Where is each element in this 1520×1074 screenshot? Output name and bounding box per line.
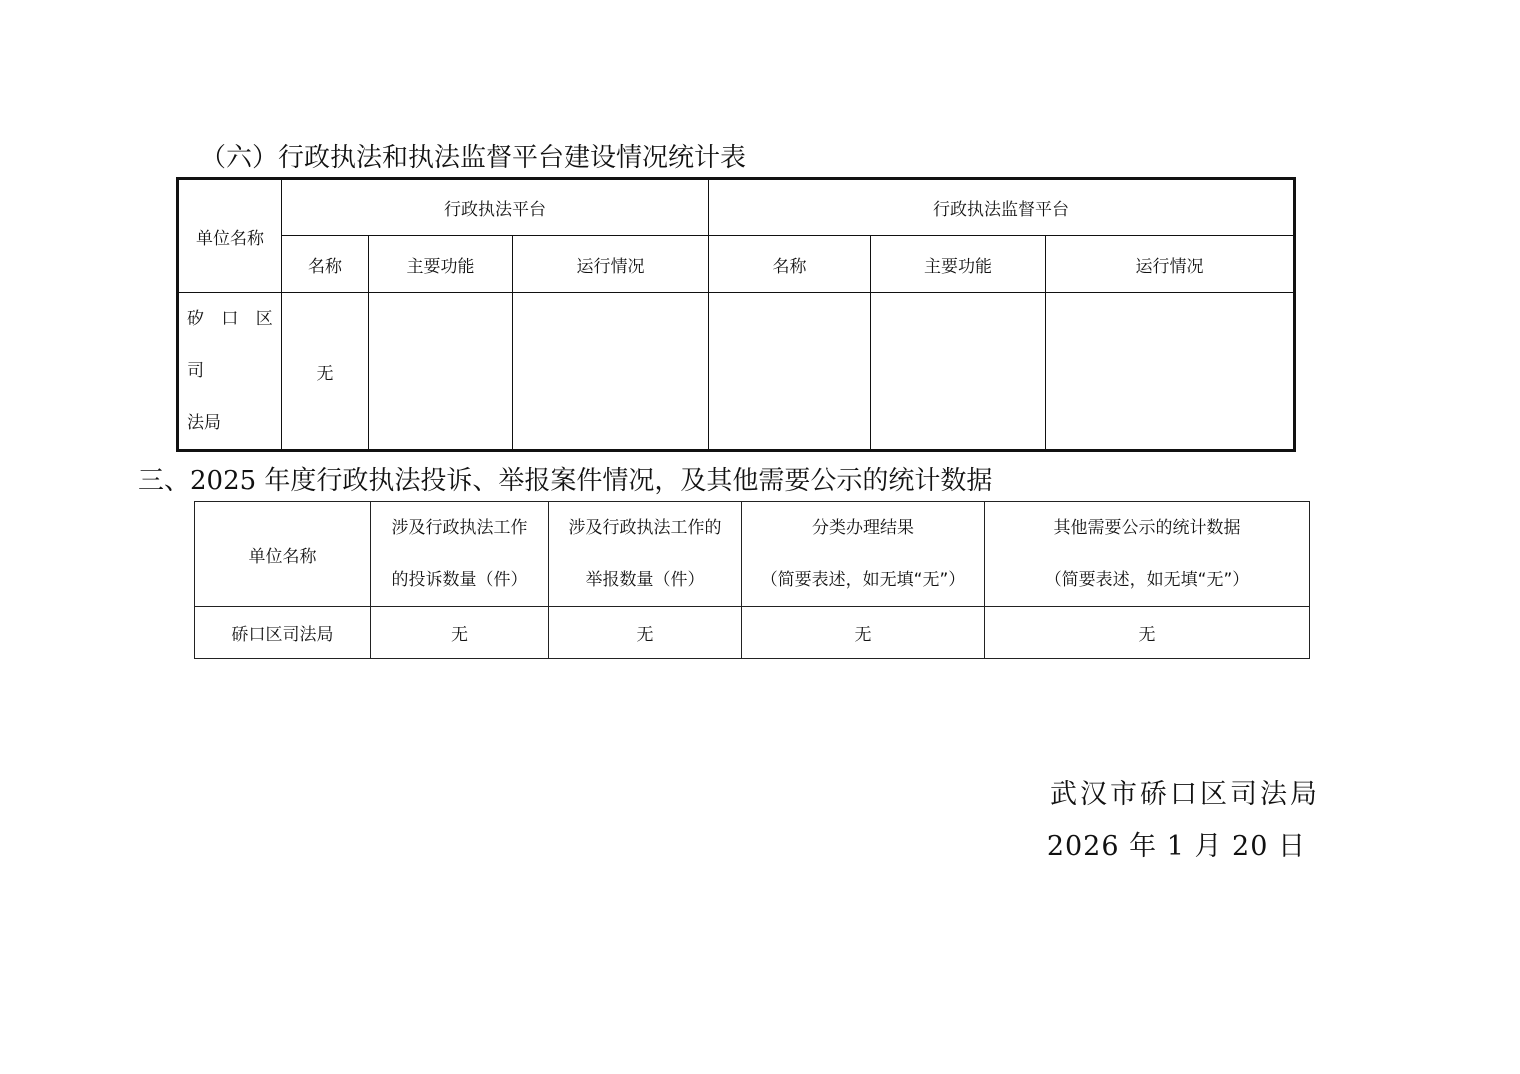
col-header-name: 名称 bbox=[282, 236, 369, 293]
col-header-status: 运行情况 bbox=[1046, 236, 1295, 293]
platform-construction-table: 单位名称 行政执法平台 行政执法监督平台 名称 主要功能 运行情况 名称 主要功… bbox=[176, 177, 1296, 452]
signature-date: 2026 年 1 月 20 日 bbox=[1047, 824, 1306, 863]
handling-result-cell: 无 bbox=[742, 607, 985, 659]
handling-result-header: 分类办理结果 （简要表述，如无填“无”） bbox=[742, 502, 985, 607]
unit-name-cell: 矽 口 区 司 法局 bbox=[178, 293, 282, 451]
other-statistics-cell: 无 bbox=[985, 607, 1310, 659]
section-three-title: 三、2025 年度行政执法投诉、举报案件情况，及其他需要公示的统计数据 bbox=[138, 465, 992, 497]
supervision-name-cell bbox=[709, 293, 871, 451]
reports-count-cell: 无 bbox=[549, 607, 742, 659]
reports-count-header: 涉及行政执法工作的 举报数量（件） bbox=[549, 502, 742, 607]
platform-name-cell: 无 bbox=[282, 293, 369, 451]
section-six-title: （六）行政执法和执法监督平台建设情况统计表 bbox=[200, 142, 746, 174]
table-row: 硚口区司法局 无 无 无 无 bbox=[195, 607, 1310, 659]
col-header-function: 主要功能 bbox=[871, 236, 1046, 293]
header-line1: 分类办理结果 bbox=[742, 502, 984, 554]
col-header-function: 主要功能 bbox=[369, 236, 513, 293]
unit-name-line1: 矽 口 区 司 bbox=[187, 293, 281, 397]
enforcement-platform-header: 行政执法平台 bbox=[282, 179, 709, 236]
col-header-name: 名称 bbox=[709, 236, 871, 293]
col-header-status: 运行情况 bbox=[513, 236, 709, 293]
header-line1: 其他需要公示的统计数据 bbox=[985, 502, 1309, 554]
unit-name-header: 单位名称 bbox=[178, 179, 282, 293]
header-line1: 涉及行政执法工作 bbox=[371, 502, 548, 554]
unit-name-line2: 法局 bbox=[187, 397, 281, 449]
header-line2: 举报数量（件） bbox=[549, 554, 741, 606]
header-line2: （简要表述，如无填“无”） bbox=[742, 554, 984, 606]
table-row: 矽 口 区 司 法局 无 bbox=[178, 293, 1295, 451]
complaints-count-header: 涉及行政执法工作 的投诉数量（件） bbox=[371, 502, 549, 607]
supervision-status-cell bbox=[1046, 293, 1295, 451]
platform-status-cell bbox=[513, 293, 709, 451]
unit-name-header: 单位名称 bbox=[195, 502, 371, 607]
header-line1: 涉及行政执法工作的 bbox=[549, 502, 741, 554]
platform-function-cell bbox=[369, 293, 513, 451]
supervision-function-cell bbox=[871, 293, 1046, 451]
unit-name-cell: 硚口区司法局 bbox=[195, 607, 371, 659]
header-line2: 的投诉数量（件） bbox=[371, 554, 548, 606]
other-statistics-header: 其他需要公示的统计数据 （简要表述，如无填“无”） bbox=[985, 502, 1310, 607]
complaints-count-cell: 无 bbox=[371, 607, 549, 659]
header-line2: （简要表述，如无填“无”） bbox=[985, 554, 1309, 606]
complaints-statistics-table: 单位名称 涉及行政执法工作 的投诉数量（件） 涉及行政执法工作的 举报数量（件）… bbox=[194, 501, 1310, 659]
signature-org: 武汉市硚口区司法局 bbox=[1050, 772, 1320, 811]
supervision-platform-header: 行政执法监督平台 bbox=[709, 179, 1295, 236]
